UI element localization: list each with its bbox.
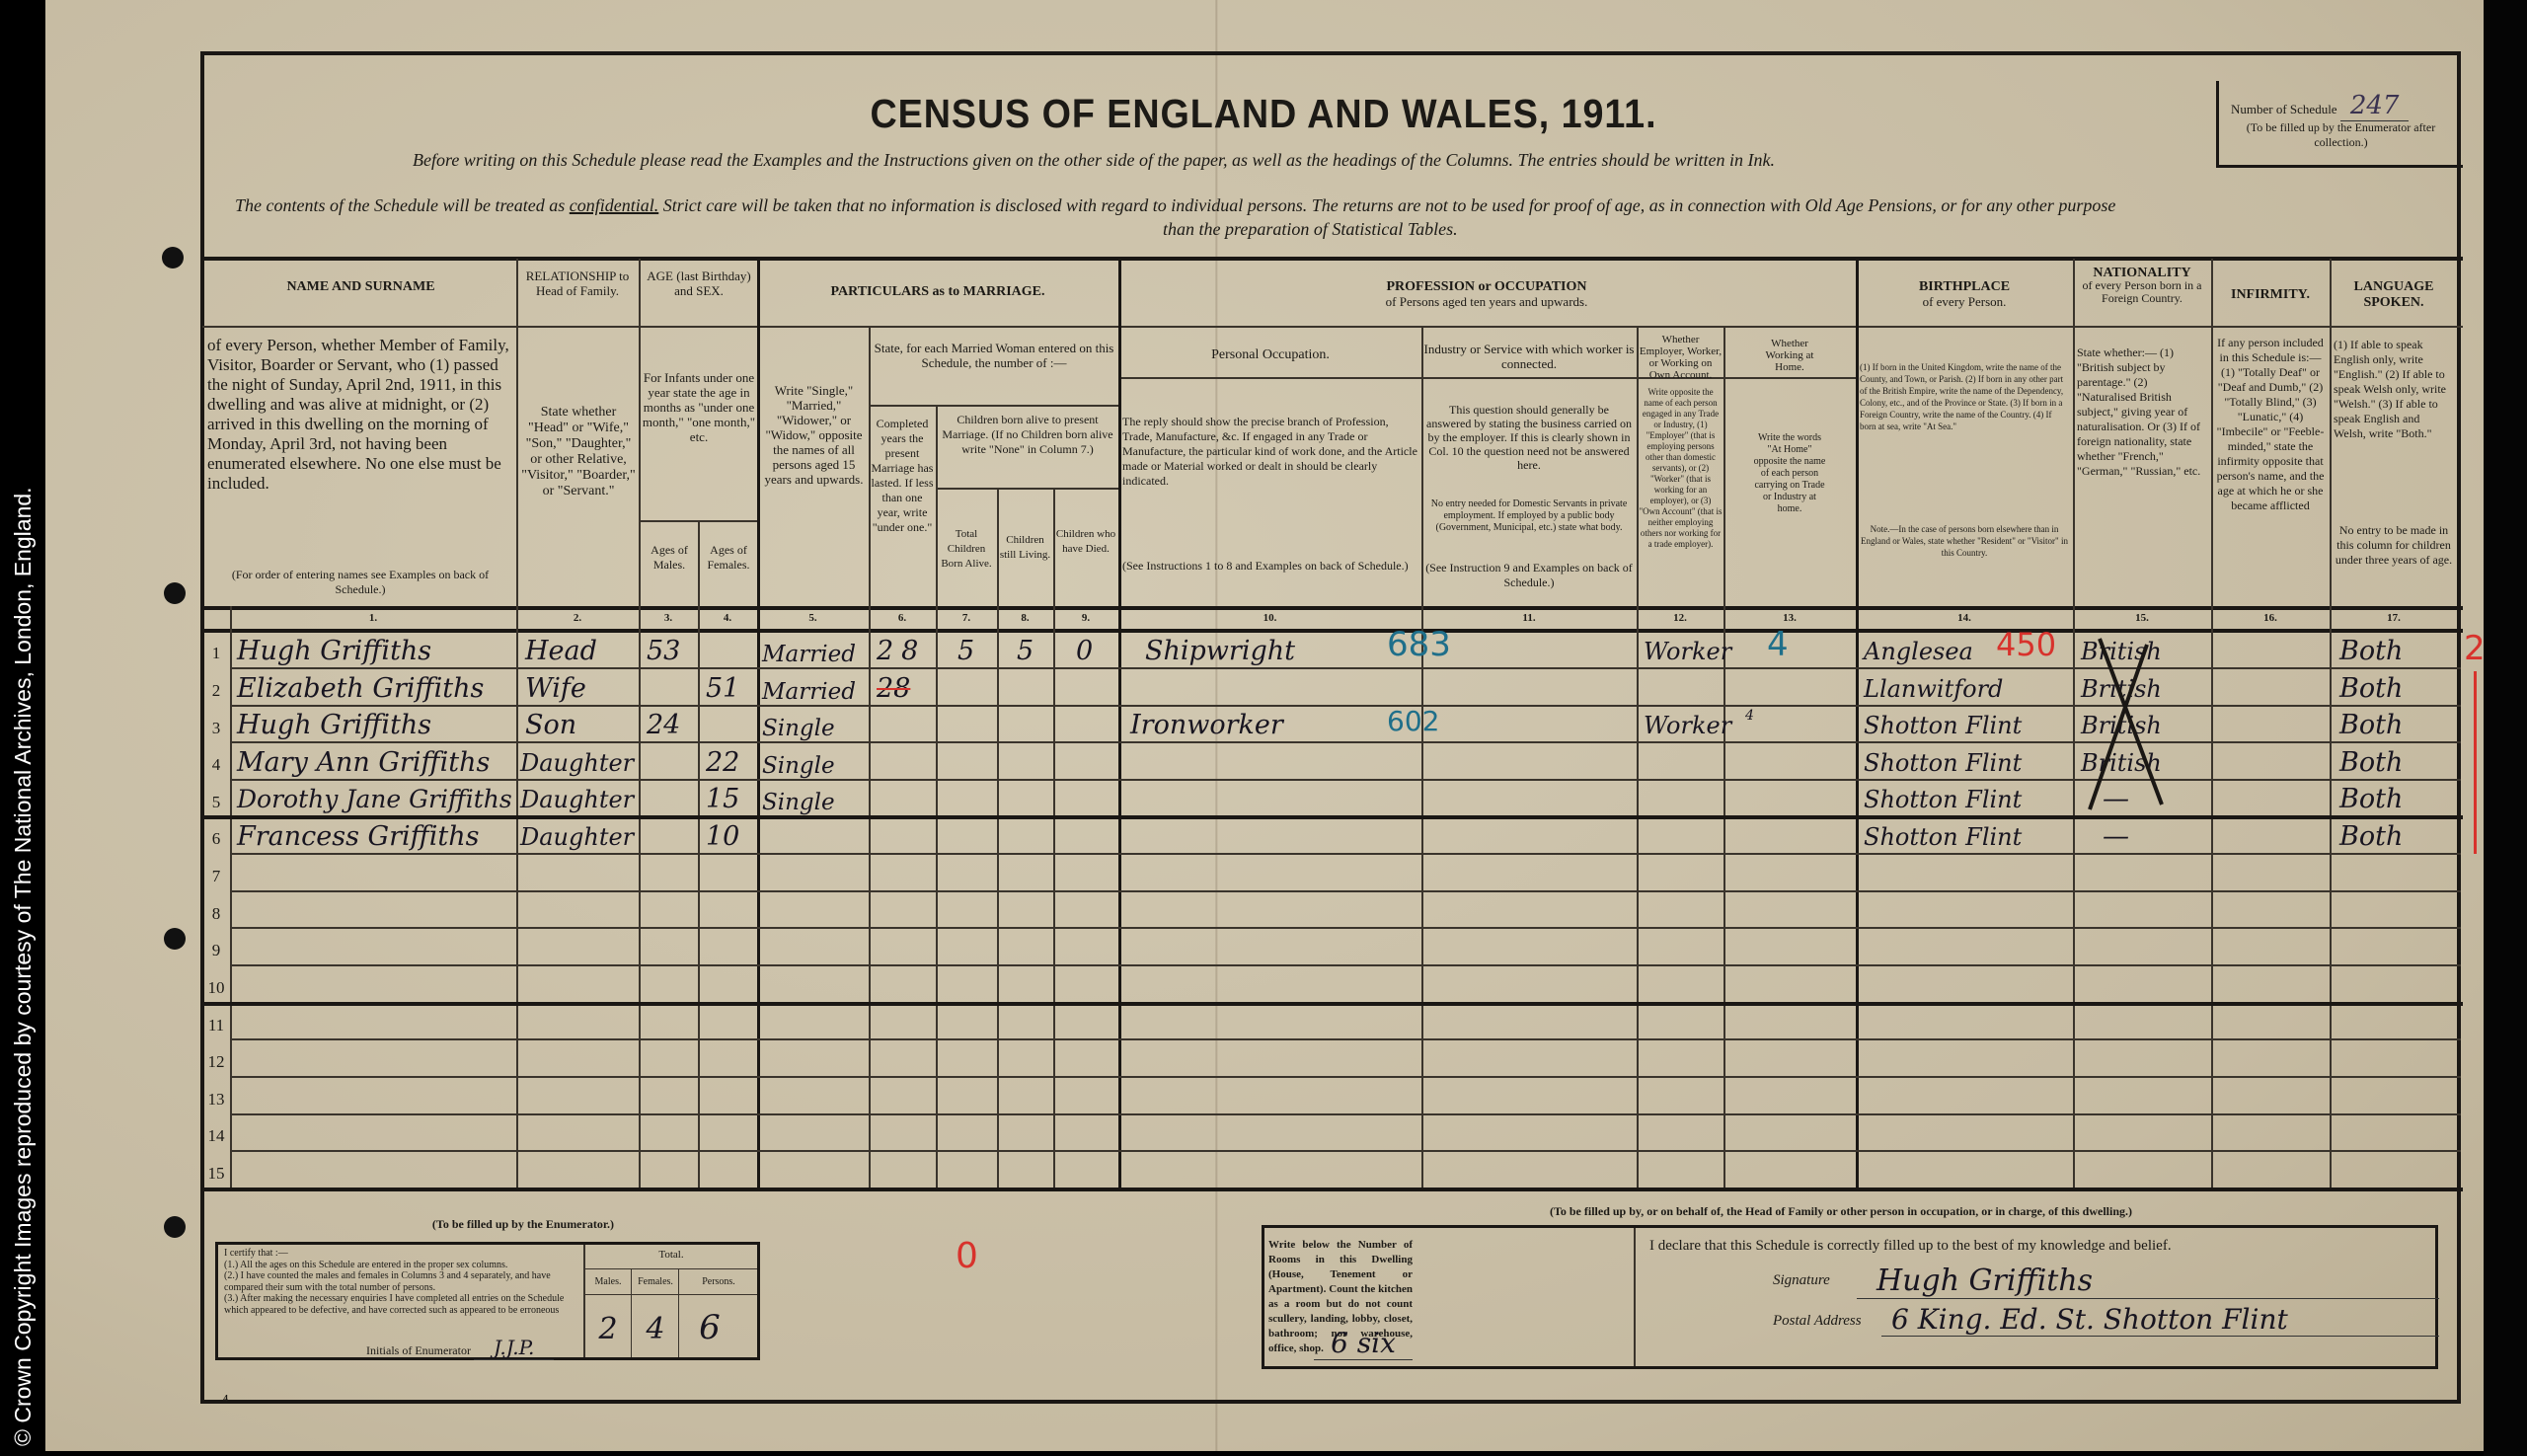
header-married-woman: State, for each Married Woman entered on… bbox=[871, 341, 1117, 370]
schedule-number-note: (To be filled up by the Enumerator after… bbox=[2219, 120, 2463, 150]
col-divider bbox=[2073, 259, 2075, 1188]
row-number: 15 bbox=[202, 1164, 230, 1184]
females-label: Females. bbox=[633, 1276, 678, 1287]
column-number: 1. bbox=[230, 612, 516, 624]
header-col11-desc2: No entry needed for Domestic Servants in… bbox=[1425, 498, 1633, 534]
cell-language: Both bbox=[2339, 672, 2403, 706]
header-birthplace-note: Note.—In the case of persons born elsewh… bbox=[1860, 523, 2069, 559]
cell-home-code: 4 bbox=[1767, 628, 1789, 661]
header-col11-note: (See Instruction 9 and Examples on back … bbox=[1425, 561, 1633, 590]
col-divider bbox=[997, 488, 999, 1188]
page-edge bbox=[2484, 0, 2527, 1456]
cell-employment-mark: 4 bbox=[1745, 699, 1754, 732]
header-col13-desc: Write the words "At Home" opposite the n… bbox=[1725, 432, 1854, 515]
col-divider bbox=[869, 326, 871, 1188]
column-number: 12. bbox=[1637, 612, 1723, 624]
header-children: Children born alive to present Marriage.… bbox=[938, 413, 1117, 457]
header-nationality-desc: State whether:— (1) "British subject by … bbox=[2077, 345, 2207, 479]
header-col6-desc: Completed years the present Marriage has… bbox=[871, 417, 934, 535]
cell-still-living: 5 bbox=[1017, 635, 1034, 668]
header-age-males: Ages of Males. bbox=[641, 543, 698, 573]
header-infirmity-desc: If any person included in this Schedule … bbox=[2215, 336, 2326, 513]
cell-birthplace-code: 450 bbox=[1996, 628, 2056, 661]
cell-birthplace: Shotton Flint bbox=[1864, 709, 2022, 742]
signature: Hugh Griffiths bbox=[1857, 1264, 2439, 1299]
copyright-notice: © Crown Copyright Images reproduced by c… bbox=[12, 487, 35, 1446]
column-number: 15. bbox=[2073, 612, 2211, 624]
header-col11: Industry or Service with which worker is… bbox=[1423, 342, 1635, 371]
column-number: 10. bbox=[1118, 612, 1421, 624]
cell-relationship: Son bbox=[525, 709, 576, 742]
header-col12: Whether Employer, Worker, or Working on … bbox=[1639, 334, 1723, 381]
cell-occupation-code: 602 bbox=[1387, 705, 1439, 738]
header-occupation: PROFESSION or OCCUPATIONof Persons aged … bbox=[1120, 278, 1853, 309]
row-number: 6 bbox=[202, 829, 230, 849]
schedule-number-label: Number of Schedule bbox=[2231, 102, 2337, 116]
cell-name: Mary Ann Griffiths bbox=[237, 746, 490, 780]
cell-age-male: 24 bbox=[647, 709, 680, 742]
cell-name: Hugh Griffiths bbox=[237, 635, 431, 668]
instruction-line-1: Before writing on this Schedule please r… bbox=[413, 150, 1775, 171]
cell-language: Both bbox=[2339, 820, 2403, 854]
col-divider bbox=[936, 405, 938, 1188]
enumerator-red-mark: 0 bbox=[956, 1240, 978, 1273]
cell-occupation: Shipwright bbox=[1145, 635, 1295, 668]
cell-relationship: Daughter bbox=[520, 746, 634, 780]
row-rule bbox=[230, 1150, 2461, 1152]
header-col11-desc: This question should generally be answer… bbox=[1425, 403, 1633, 472]
col-divider bbox=[1118, 259, 1121, 1188]
cell-occupation: Ironworker bbox=[1130, 709, 1283, 742]
header-divider bbox=[202, 326, 2463, 328]
confidential-word: confidential. bbox=[570, 195, 658, 215]
colnum-bottom-rule bbox=[202, 629, 2463, 633]
total-males: 2 bbox=[585, 1312, 631, 1346]
persons-label: Persons. bbox=[680, 1276, 757, 1287]
cell-occupation-code: 683 bbox=[1387, 628, 1451, 661]
row-number: 4 bbox=[202, 755, 230, 775]
col-divider bbox=[1856, 259, 1859, 1188]
rooms-count: 6 six bbox=[1314, 1327, 1413, 1360]
row-rule bbox=[230, 1113, 2461, 1115]
total-females: 4 bbox=[633, 1312, 678, 1346]
column-number: 14. bbox=[1856, 612, 2073, 624]
header-age-females: Ages of Females. bbox=[700, 543, 757, 573]
cell-age-female: 10 bbox=[706, 820, 739, 854]
cell-age-female: 51 bbox=[706, 672, 739, 706]
row-number: 8 bbox=[202, 904, 230, 924]
total-persons: 6 bbox=[680, 1308, 739, 1347]
cell-employment: Worker bbox=[1644, 635, 1731, 668]
row-number: 3 bbox=[202, 719, 230, 738]
header-birthplace: BIRTHPLACEof every Person. bbox=[1858, 278, 2071, 309]
table-bottom-rule bbox=[202, 1188, 2463, 1191]
column-number: 17. bbox=[2330, 612, 2458, 624]
cell-years-married: 28 bbox=[877, 635, 926, 668]
header-col10-note: (See Instructions 1 to 8 and Examples on… bbox=[1122, 559, 1418, 574]
occupation-subdivider bbox=[1118, 377, 1856, 379]
row-rule bbox=[202, 1002, 2463, 1006]
cell-age-female: 15 bbox=[706, 783, 739, 816]
header-col5-desc: Write "Single," "Married," "Widower," or… bbox=[761, 383, 867, 487]
col-divider bbox=[2211, 259, 2213, 1188]
header-birthplace-desc: (1) If born in the United Kingdom, write… bbox=[1860, 361, 2069, 432]
cell-name: Francess Griffiths bbox=[237, 820, 480, 854]
header-col10: Personal Occupation. bbox=[1121, 347, 1419, 362]
cell-birthplace: Shotton Flint bbox=[1864, 783, 2022, 816]
col-divider bbox=[516, 259, 518, 1188]
cell-marital: Single bbox=[762, 749, 835, 783]
enumerator-certificate-box: I certify that :— (1.) All the ages on t… bbox=[215, 1242, 760, 1360]
header-language-note: No entry to be made in this column for c… bbox=[2334, 523, 2454, 568]
header-name-note: (For order of entering names see Example… bbox=[207, 568, 513, 597]
cell-language: Both bbox=[2339, 635, 2403, 668]
row-number: 14 bbox=[202, 1126, 230, 1146]
header-name-desc: of every Person, whether Member of Famil… bbox=[207, 336, 513, 494]
totals-col-rule bbox=[678, 1268, 679, 1357]
head-of-family-heading: (To be filled up by, or on behalf of, th… bbox=[1372, 1204, 2310, 1218]
enumerator-heading: (To be filled up by the Enumerator.) bbox=[365, 1217, 681, 1231]
cell-relationship: Head bbox=[525, 635, 597, 668]
rownum-divider bbox=[230, 606, 232, 1188]
column-number: 4. bbox=[698, 612, 757, 624]
col-divider bbox=[1421, 326, 1423, 1188]
form-title: CENSUS OF ENGLAND AND WALES, 1911. bbox=[101, 91, 2425, 137]
cell-birthplace: Anglesea bbox=[1864, 635, 1973, 668]
punch-hole-icon bbox=[164, 582, 186, 604]
col-divider bbox=[2330, 259, 2332, 1188]
cell-age-male: 53 bbox=[647, 635, 680, 668]
schedule-number-box: Number of Schedule 247 (To be filled up … bbox=[2216, 81, 2463, 168]
header-age: AGE (last Birthday) and SEX. bbox=[640, 268, 758, 298]
column-number: 6. bbox=[869, 612, 936, 624]
cell-marital: Single bbox=[762, 786, 835, 819]
signature-row: Signature bbox=[1773, 1272, 1830, 1289]
cell-birthplace: Shotton Flint bbox=[1864, 746, 2022, 780]
address-label: Postal Address bbox=[1773, 1313, 1862, 1330]
header-marriage: PARTICULARS as to MARRIAGE. bbox=[759, 283, 1116, 299]
header-name: NAME AND SURNAME bbox=[205, 278, 516, 294]
row-number: 5 bbox=[202, 793, 230, 812]
column-number: 11. bbox=[1421, 612, 1637, 624]
header-nationality: NATIONALITYof every Person born in a For… bbox=[2075, 267, 2209, 305]
row-rule bbox=[230, 964, 2461, 966]
header-col10-desc: The reply should show the precise branch… bbox=[1122, 415, 1418, 489]
row-number: 12 bbox=[202, 1052, 230, 1072]
col-divider bbox=[1053, 488, 1055, 1188]
column-number: 2. bbox=[516, 612, 639, 624]
totals-rule bbox=[585, 1294, 757, 1295]
row-number: 7 bbox=[202, 867, 230, 886]
column-number: 13. bbox=[1723, 612, 1856, 624]
row-rule bbox=[230, 1076, 2461, 1078]
cell-years-married-struck: 28 bbox=[877, 672, 910, 706]
copyright-strip: © Crown Copyright Images reproduced by c… bbox=[0, 0, 45, 1456]
row-number: 2 bbox=[202, 681, 230, 701]
cell-name: Hugh Griffiths bbox=[237, 709, 431, 742]
totals-col-rule bbox=[631, 1268, 632, 1357]
cell-died: 0 bbox=[1076, 635, 1093, 668]
punch-hole-icon bbox=[164, 928, 186, 950]
cell-born-alive: 5 bbox=[957, 635, 974, 668]
cell-employment: Worker bbox=[1644, 709, 1731, 742]
column-number: 7. bbox=[936, 612, 997, 624]
cell-name: Dorothy Jane Griffiths bbox=[237, 783, 512, 816]
cell-relationship: Daughter bbox=[520, 820, 634, 854]
header-infirmity: INFIRMITY. bbox=[2213, 286, 2328, 302]
header-col7: Total Children Born Alive. bbox=[938, 527, 995, 572]
header-language: LANGUAGE SPOKEN. bbox=[2332, 278, 2456, 310]
margin-bracket bbox=[2474, 671, 2477, 854]
cell-marital: Married bbox=[762, 675, 856, 709]
schedule-number: 247 bbox=[2340, 91, 2410, 121]
header-age-desc: For Infants under one year state the age… bbox=[641, 370, 757, 444]
punch-hole-icon bbox=[162, 247, 184, 268]
cell-name: Elizabeth Griffiths bbox=[237, 672, 484, 706]
col-divider bbox=[639, 259, 641, 1188]
column-number: 8. bbox=[997, 612, 1053, 624]
header-language-desc: (1) If able to speak English only, write… bbox=[2334, 338, 2454, 441]
declaration-text: I declare that this Schedule is correctl… bbox=[1649, 1238, 2172, 1255]
total-label: Total. bbox=[585, 1249, 757, 1261]
row-number: 11 bbox=[202, 1016, 230, 1035]
cell-birthplace: Llanwitford bbox=[1864, 672, 2003, 706]
column-number: 16. bbox=[2211, 612, 2330, 624]
header-col13: Whether Working at Home. bbox=[1725, 338, 1854, 373]
row-number: 1 bbox=[202, 644, 230, 663]
cell-age-female: 22 bbox=[706, 746, 739, 780]
header-col9: Children who have Died. bbox=[1054, 527, 1117, 557]
col-divider bbox=[1723, 326, 1725, 1188]
marriage-subdivider bbox=[869, 405, 1118, 407]
col-divider bbox=[1637, 326, 1639, 1188]
postal-address: 6 King. Ed. St. Shotton Flint bbox=[1881, 1303, 2439, 1337]
cell-language: Both bbox=[2339, 709, 2403, 742]
cell-birthplace: Shotton Flint bbox=[1864, 820, 2022, 854]
row-rule bbox=[230, 1038, 2461, 1040]
header-relationship-desc: State whether "Head" or "Wife," "Son," "… bbox=[520, 405, 637, 499]
cell-relationship: Daughter bbox=[520, 783, 634, 816]
row-rule bbox=[230, 927, 2461, 929]
column-number: 5. bbox=[757, 612, 869, 624]
column-number: 3. bbox=[639, 612, 698, 624]
row-rule bbox=[230, 890, 2461, 892]
header-col8: Children still Living. bbox=[998, 533, 1052, 563]
cell-language: Both bbox=[2339, 783, 2403, 816]
declaration-divider bbox=[1634, 1228, 1636, 1366]
instruction-line-3: than the preparation of Statistical Tabl… bbox=[1163, 219, 1458, 240]
column-number: 9. bbox=[1053, 612, 1118, 624]
enumerator-initials: J.J.P. bbox=[474, 1336, 554, 1360]
nationality-crossout-mark bbox=[2078, 637, 2177, 814]
row-number: 13 bbox=[202, 1090, 230, 1110]
row-number: 9 bbox=[202, 941, 230, 960]
cell-relationship: Wife bbox=[525, 672, 586, 706]
males-label: Males. bbox=[585, 1276, 631, 1287]
instruction-line-2: The contents of the Schedule will be tre… bbox=[235, 195, 2115, 216]
header-col12-desc: Write opposite the name of each person e… bbox=[1639, 387, 1723, 550]
header-bottom-rule bbox=[202, 606, 2463, 610]
cell-nationality: — bbox=[2103, 820, 2129, 854]
punch-hole-icon bbox=[164, 1216, 186, 1238]
row-number: 10 bbox=[202, 978, 230, 998]
margin-mark: 2 bbox=[2464, 632, 2486, 665]
header-relationship: RELATIONSHIP to Head of Family. bbox=[518, 268, 637, 298]
declaration-box: Write below the Number of Rooms in this … bbox=[1262, 1225, 2438, 1369]
cell-marital: Single bbox=[762, 712, 835, 745]
cell-language: Both bbox=[2339, 746, 2403, 780]
page-number: 4 bbox=[223, 1394, 228, 1405]
initials-row: Initials of Enumerator J.J.P. bbox=[366, 1336, 554, 1359]
totals-rule bbox=[585, 1268, 757, 1269]
cell-marital: Married bbox=[762, 638, 856, 671]
table-top-rule bbox=[202, 257, 2463, 261]
certificate-text: I certify that :— (1.) All the ages on t… bbox=[224, 1248, 579, 1316]
col-divider bbox=[757, 259, 760, 1188]
children-subdivider bbox=[936, 488, 1118, 490]
